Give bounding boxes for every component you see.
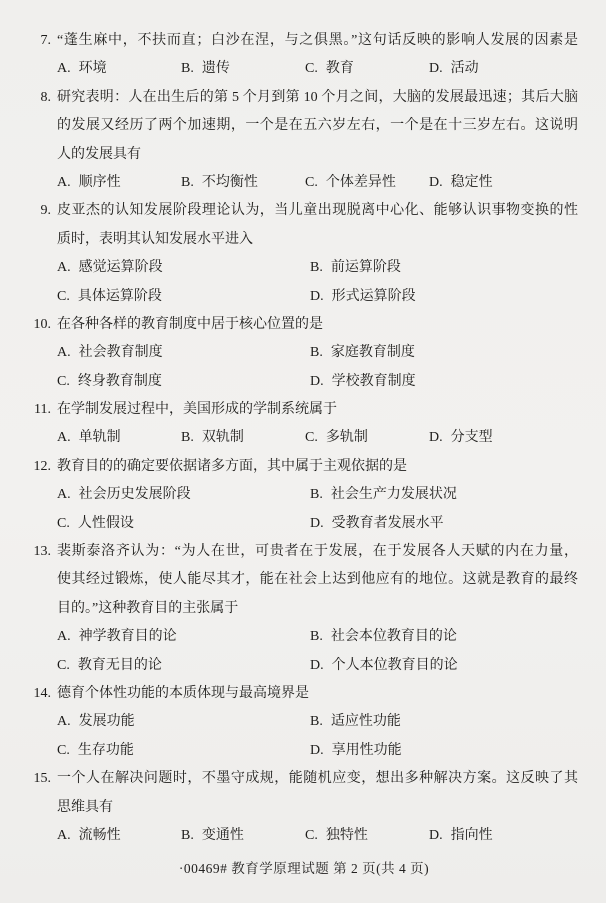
option-text: 人性假设 (78, 516, 134, 531)
option-a: A.环境 (57, 55, 181, 83)
option-c: C.教育 (305, 55, 429, 83)
question-number: 8. (30, 84, 57, 112)
question-stem: 8. 研究表明：人在出生后的第 5 个月到第 10 个月之间，大脑的发展最迅速；… (30, 84, 578, 112)
stem-text: 的发展又经历了两个加速期，一个是在五六岁左右，一个是在十三岁左右。这说明 (57, 112, 578, 140)
option-label: C. (57, 658, 70, 673)
question-number: 13. (30, 538, 57, 566)
option-b: B.遗传 (181, 55, 305, 83)
option-label: A. (57, 430, 71, 445)
question-13: 13. 裴斯泰洛齐认为：“为人在世，可贵者在于发展，在于发展各人天赋的内在力量，… (30, 538, 578, 680)
option-label: D. (429, 175, 443, 190)
option-a: A.顺序性 (57, 169, 181, 197)
option-label: B. (310, 487, 323, 502)
exam-page: 7. “蓬生麻中，不扶而直；白沙在涅，与之俱黑。”这句话反映的影响人发展的因素是… (0, 0, 606, 903)
option-text: 分支型 (451, 430, 493, 445)
option-label: D. (429, 61, 443, 76)
option-b: B.前运算阶段 (310, 254, 401, 282)
option-text: 顺序性 (79, 175, 121, 190)
option-text: 独特性 (326, 828, 368, 843)
option-label: A. (57, 828, 71, 843)
option-a: A.神学教育目的论 (57, 623, 310, 651)
option-c: C.个体差异性 (305, 169, 429, 197)
option-label: A. (57, 175, 71, 190)
question-stem: 14. 德育个体性功能的本质体现与最高境界是 (30, 680, 578, 708)
option-text: 流畅性 (79, 828, 121, 843)
stem-text: 教育目的的确定要依据诸多方面，其中属于主观依据的是 (57, 453, 578, 481)
stem-text: 皮亚杰的认知发展阶段理论认为，当儿童出现脱离中心化、能够认识事物变换的性 (57, 197, 578, 225)
option-c: C.具体运算阶段 (57, 283, 310, 311)
option-d: D.受教育者发展水平 (310, 510, 444, 538)
option-text: 指向性 (451, 828, 493, 843)
option-text: 变通性 (202, 828, 244, 843)
question-number: 15. (30, 765, 57, 793)
option-label: D. (310, 374, 324, 389)
option-label: B. (310, 260, 323, 275)
question-stem: 11. 在学制发展过程中，美国形成的学制系统属于 (30, 396, 578, 424)
option-b: B.变通性 (181, 822, 305, 850)
question-number: 7. (30, 27, 57, 55)
option-c: C.教育无目的论 (57, 652, 310, 680)
option-text: 活动 (451, 61, 479, 76)
question-stem: 12. 教育目的的确定要依据诸多方面，其中属于主观依据的是 (30, 453, 578, 481)
option-d: D.稳定性 (429, 169, 493, 197)
option-text: 社会历史发展阶段 (79, 487, 191, 502)
stem-text: 思维具有 (57, 794, 578, 822)
option-b: B.社会生产力发展状况 (310, 481, 457, 509)
stem-text: 一个人在解决问题时，不墨守成规，能随机应变，想出多种解决方案。这反映了其 (57, 765, 578, 793)
option-text: 学校教育制度 (332, 374, 416, 389)
option-label: B. (181, 828, 194, 843)
option-a: A.社会历史发展阶段 (57, 481, 310, 509)
option-label: C. (305, 430, 318, 445)
question-stem: 10. 在各种各样的教育制度中居于核心位置的是 (30, 311, 578, 339)
option-label: A. (57, 487, 71, 502)
question-stem: 9. 皮亚杰的认知发展阶段理论认为，当儿童出现脱离中心化、能够认识事物变换的性 (30, 197, 578, 225)
question-stem: 15. 一个人在解决问题时，不墨守成规，能随机应变，想出多种解决方案。这反映了其 (30, 765, 578, 793)
option-a: A.流畅性 (57, 822, 181, 850)
stem-text: 在各种各样的教育制度中居于核心位置的是 (57, 311, 578, 339)
option-text: 教育无目的论 (78, 658, 162, 673)
option-text: 社会本位教育目的论 (331, 629, 457, 644)
option-label: C. (57, 743, 70, 758)
options-row: A.流畅性 B.变通性 C.独特性 D.指向性 (57, 822, 578, 850)
option-label: B. (181, 175, 194, 190)
option-text: 遗传 (202, 61, 230, 76)
option-label: C. (305, 61, 318, 76)
option-text: 终身教育制度 (78, 374, 162, 389)
options-row: C.生存功能 D.享用性功能 (57, 737, 578, 765)
stem-text: 目的。”这种教育目的主张属于 (57, 595, 578, 623)
option-label: A. (57, 345, 71, 360)
option-c: C.人性假设 (57, 510, 310, 538)
option-label: C. (57, 289, 70, 304)
options-row: C.人性假设 D.受教育者发展水平 (57, 510, 578, 538)
option-text: 适应性功能 (331, 714, 401, 729)
option-label: B. (181, 61, 194, 76)
option-label: D. (310, 743, 324, 758)
option-text: 稳定性 (451, 175, 493, 190)
stem-text: 在学制发展过程中，美国形成的学制系统属于 (57, 396, 578, 424)
question-stem: 13. 裴斯泰洛齐认为：“为人在世，可贵者在于发展，在于发展各人天赋的内在力量， (30, 538, 578, 566)
options-row: A.感觉运算阶段 B.前运算阶段 (57, 254, 578, 282)
option-label: B. (310, 629, 323, 644)
option-text: 个体差异性 (326, 175, 396, 190)
question-9: 9. 皮亚杰的认知发展阶段理论认为，当儿童出现脱离中心化、能够认识事物变换的性 … (30, 197, 578, 311)
option-text: 生存功能 (78, 743, 134, 758)
option-b: B.双轨制 (181, 424, 305, 452)
option-a: A.发展功能 (57, 708, 310, 736)
question-number: 11. (30, 396, 57, 424)
question-14: 14. 德育个体性功能的本质体现与最高境界是 A.发展功能 B.适应性功能 C.… (30, 680, 578, 765)
options-row: A.顺序性 B.不均衡性 C.个体差异性 D.稳定性 (57, 169, 578, 197)
option-text: 享用性功能 (332, 743, 402, 758)
option-c: C.终身教育制度 (57, 368, 310, 396)
option-c: C.生存功能 (57, 737, 310, 765)
option-text: 社会教育制度 (79, 345, 163, 360)
option-d: D.指向性 (429, 822, 493, 850)
question-stem: 7. “蓬生麻中，不扶而直；白沙在涅，与之俱黑。”这句话反映的影响人发展的因素是 (30, 27, 578, 55)
option-d: D.活动 (429, 55, 479, 83)
options-row: A.社会历史发展阶段 B.社会生产力发展状况 (57, 481, 578, 509)
question-12: 12. 教育目的的确定要依据诸多方面，其中属于主观依据的是 A.社会历史发展阶段… (30, 453, 578, 538)
stem-text: 德育个体性功能的本质体现与最高境界是 (57, 680, 578, 708)
option-b: B.家庭教育制度 (310, 339, 415, 367)
option-label: D. (310, 289, 324, 304)
option-b: B.适应性功能 (310, 708, 401, 736)
option-label: B. (181, 430, 194, 445)
option-text: 具体运算阶段 (78, 289, 162, 304)
option-text: 不均衡性 (202, 175, 258, 190)
question-15: 15. 一个人在解决问题时，不墨守成规，能随机应变，想出多种解决方案。这反映了其… (30, 765, 578, 850)
option-text: 形式运算阶段 (332, 289, 416, 304)
stem-text: 质时，表明其认知发展水平进入 (57, 226, 578, 254)
option-b: B.社会本位教育目的论 (310, 623, 457, 651)
option-c: C.多轨制 (305, 424, 429, 452)
option-label: A. (57, 714, 71, 729)
option-d: D.分支型 (429, 424, 493, 452)
option-d: D.形式运算阶段 (310, 283, 416, 311)
option-label: D. (310, 658, 324, 673)
option-text: 双轨制 (202, 430, 244, 445)
options-row: A.发展功能 B.适应性功能 (57, 708, 578, 736)
option-label: A. (57, 61, 71, 76)
option-c: C.独特性 (305, 822, 429, 850)
options-row: C.具体运算阶段 D.形式运算阶段 (57, 283, 578, 311)
option-d: D.学校教育制度 (310, 368, 416, 396)
stem-text: 裴斯泰洛齐认为：“为人在世，可贵者在于发展，在于发展各人天赋的内在力量， (57, 538, 578, 566)
option-label: B. (310, 714, 323, 729)
question-number: 10. (30, 311, 57, 339)
stem-text: 使其经过锻炼，使人能尽其才，能在社会上达到他应有的地位。这就是教育的最终 (57, 566, 578, 594)
option-label: C. (305, 828, 318, 843)
option-label: C. (57, 516, 70, 531)
option-d: D.享用性功能 (310, 737, 402, 765)
option-label: D. (429, 430, 443, 445)
options-row: A.单轨制 B.双轨制 C.多轨制 D.分支型 (57, 424, 578, 452)
options-row: C.教育无目的论 D.个人本位教育目的论 (57, 652, 578, 680)
question-7: 7. “蓬生麻中，不扶而直；白沙在涅，与之俱黑。”这句话反映的影响人发展的因素是… (30, 27, 578, 84)
option-label: A. (57, 629, 71, 644)
options-row: C.终身教育制度 D.学校教育制度 (57, 368, 578, 396)
option-label: C. (305, 175, 318, 190)
options-row: A.神学教育目的论 B.社会本位教育目的论 (57, 623, 578, 651)
option-a: A.感觉运算阶段 (57, 254, 310, 282)
option-text: 教育 (326, 61, 354, 76)
option-text: 前运算阶段 (331, 260, 401, 275)
option-text: 环境 (79, 61, 107, 76)
stem-text: 人的发展具有 (57, 141, 578, 169)
option-label: A. (57, 260, 71, 275)
question-8: 8. 研究表明：人在出生后的第 5 个月到第 10 个月之间，大脑的发展最迅速；… (30, 84, 578, 198)
option-label: D. (429, 828, 443, 843)
option-text: 家庭教育制度 (331, 345, 415, 360)
stem-text: “蓬生麻中，不扶而直；白沙在涅，与之俱黑。”这句话反映的影响人发展的因素是 (57, 27, 578, 55)
option-text: 受教育者发展水平 (332, 516, 444, 531)
option-label: B. (310, 345, 323, 360)
option-text: 感觉运算阶段 (79, 260, 163, 275)
option-text: 社会生产力发展状况 (331, 487, 457, 502)
option-text: 多轨制 (326, 430, 368, 445)
option-label: D. (310, 516, 324, 531)
options-row: A.社会教育制度 B.家庭教育制度 (57, 339, 578, 367)
question-number: 12. (30, 453, 57, 481)
option-text: 发展功能 (79, 714, 135, 729)
option-a: A.社会教育制度 (57, 339, 310, 367)
option-text: 个人本位教育目的论 (332, 658, 458, 673)
option-b: B.不均衡性 (181, 169, 305, 197)
question-10: 10. 在各种各样的教育制度中居于核心位置的是 A.社会教育制度 B.家庭教育制… (30, 311, 578, 396)
option-d: D.个人本位教育目的论 (310, 652, 458, 680)
option-a: A.单轨制 (57, 424, 181, 452)
page-footer: ·00469# 教育学原理试题 第 2 页(共 4 页) (30, 857, 578, 877)
question-number: 14. (30, 680, 57, 708)
question-number: 9. (30, 197, 57, 225)
question-11: 11. 在学制发展过程中，美国形成的学制系统属于 A.单轨制 B.双轨制 C.多… (30, 396, 578, 453)
option-label: C. (57, 374, 70, 389)
options-row: A.环境 B.遗传 C.教育 D.活动 (57, 55, 578, 83)
stem-text: 研究表明：人在出生后的第 5 个月到第 10 个月之间，大脑的发展最迅速；其后大… (57, 84, 578, 112)
option-text: 单轨制 (79, 430, 121, 445)
option-text: 神学教育目的论 (79, 629, 177, 644)
